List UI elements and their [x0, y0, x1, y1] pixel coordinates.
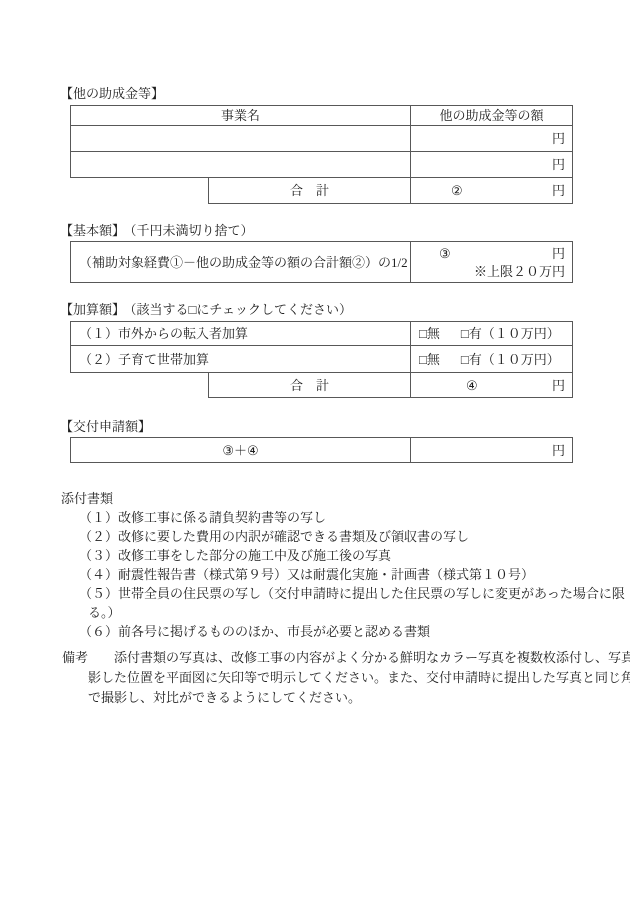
subsidy-amount-header: 他の助成金等の額	[439, 109, 543, 122]
section-title-text: 【交付申請額】	[60, 419, 151, 434]
section-note-text: （該当する□にチェックしてください）	[130, 302, 352, 317]
option-none-label: 無	[427, 353, 440, 366]
attachment-item: （３）改修工事をした部分の施工中及び施工後の写真	[79, 546, 627, 565]
section-title-text: 【加算額】	[60, 302, 125, 317]
option-none[interactable]: □無	[419, 327, 440, 340]
addition-row-options-cell: □無 □有（１０万円）	[410, 321, 573, 346]
section-title-text: 【基本額】	[60, 223, 125, 238]
application-amount-cell[interactable]: 円	[410, 437, 573, 463]
yen-unit-label: 円	[552, 158, 565, 171]
attachment-item: （２）改修に要した費用の内訳が確認できる書類及び領収書の写し	[79, 527, 627, 546]
subsidy-amount-input-cell[interactable]: 円	[410, 151, 573, 178]
total-label: 合 計	[290, 379, 329, 392]
base-amount-formula-cell: （補助対象経費①－他の助成金等の額の合計額②）の1/2	[70, 241, 411, 283]
application-form-page: 【他の助成金等】 事業名 他の助成金等の額 円 円 合 計 ② 円 【基本額】（…	[0, 0, 630, 903]
attachment-item: （１）改修工事に係る請負契約書等の写し	[79, 508, 627, 527]
section-title-application-amount: 【交付申請額】	[60, 418, 151, 435]
checkbox-no-icon[interactable]: □	[419, 327, 427, 340]
base-amount-value-cell[interactable]: ③ 円 ※上限２０万円	[410, 241, 573, 283]
addition-row-options-cell: □無 □有（１０万円）	[410, 345, 573, 373]
total-label-cell: 合 計	[208, 372, 411, 398]
yen-unit-label: 円	[552, 444, 565, 457]
subsidy-amount-input-cell[interactable]: 円	[410, 125, 573, 152]
addition-row-label-cell: （１）市外からの転入者加算	[70, 321, 411, 346]
base-amount-formula: （補助対象経費①－他の助成金等の額の合計額②）の1/2	[79, 256, 408, 269]
option-yes-label: 有（１０万円）	[469, 327, 560, 340]
business-name-input-cell[interactable]	[70, 125, 411, 152]
yen-unit-label: 円	[552, 379, 565, 392]
addition-row-label: （２）子育て世帯加算	[79, 353, 209, 366]
business-name-header-cell: 事業名	[70, 105, 411, 126]
application-amount-table: ③＋④ 円	[70, 437, 573, 463]
subsidy-amount-header-cell: 他の助成金等の額	[410, 105, 573, 126]
circle-4-ref: ④	[466, 379, 478, 392]
section-title-other-subsidies: 【他の助成金等】	[60, 85, 164, 102]
checkbox-no-icon[interactable]: □	[419, 353, 427, 366]
application-formula: ③＋④	[222, 444, 258, 457]
option-yes-label: 有（１０万円）	[469, 353, 560, 366]
attachment-item: （４）耐震性報告書（様式第９号）又は耐震化実施・計画書（様式第１０号）	[79, 565, 627, 584]
business-name-input-cell[interactable]	[70, 151, 411, 178]
yen-unit-label: 円	[552, 184, 565, 197]
attachments-section: 添付書類 （１）改修工事に係る請負契約書等の写し （２）改修に要した費用の内訳が…	[61, 489, 627, 641]
section-title-text: 【他の助成金等】	[60, 86, 164, 101]
circle-2-ref: ②	[451, 184, 463, 197]
remarks-paragraph: 備考 添付書類の写真は、改修工事の内容がよく分かる鮮明なカラー写真を複数枚添付し…	[62, 648, 630, 708]
section-title-base-amount: 【基本額】（千円未満切り捨て）	[60, 222, 254, 239]
addition-row-label: （１）市外からの転入者加算	[79, 327, 248, 340]
checkbox-yes-icon[interactable]: □	[461, 327, 469, 340]
yen-unit-label: 円	[552, 132, 565, 145]
base-amount-table: （補助対象経費①－他の助成金等の額の合計額②）の1/2 ③ 円 ※上限２０万円	[70, 241, 573, 283]
business-name-header: 事業名	[221, 109, 260, 122]
yen-unit-label: 円	[552, 247, 565, 260]
application-formula-cell: ③＋④	[70, 437, 411, 463]
option-none[interactable]: □無	[419, 353, 440, 366]
total-amount-cell[interactable]: ② 円	[410, 177, 573, 204]
total-amount-cell[interactable]: ④ 円	[410, 372, 573, 398]
section-title-addition: 【加算額】（該当する□にチェックしてください）	[60, 301, 352, 318]
attachments-heading: 添付書類	[61, 489, 627, 508]
other-subsidies-table: 事業名 他の助成金等の額 円 円 合 計 ② 円	[70, 105, 573, 204]
option-none-label: 無	[427, 327, 440, 340]
upper-limit-note: ※上限２０万円	[474, 265, 565, 278]
total-label-cell: 合 計	[208, 177, 411, 204]
addition-table: （１）市外からの転入者加算 □無 □有（１０万円） （２）子育て世帯加算 □無 …	[70, 321, 573, 398]
option-yes[interactable]: □有（１０万円）	[461, 353, 560, 366]
circle-3-ref: ③	[439, 247, 451, 260]
total-label: 合 計	[290, 184, 329, 197]
addition-row-label-cell: （２）子育て世帯加算	[70, 345, 411, 373]
checkbox-yes-icon[interactable]: □	[461, 353, 469, 366]
attachment-item: （５）世帯全員の住民票の写し（交付申請時に提出した住民票の写しに変更があった場合…	[79, 584, 630, 622]
attachment-item: （６）前各号に掲げるもののほか、市長が必要と認める書類	[79, 622, 627, 641]
option-yes[interactable]: □有（１０万円）	[461, 327, 560, 340]
section-note-text: （千円未満切り捨て）	[130, 223, 254, 238]
